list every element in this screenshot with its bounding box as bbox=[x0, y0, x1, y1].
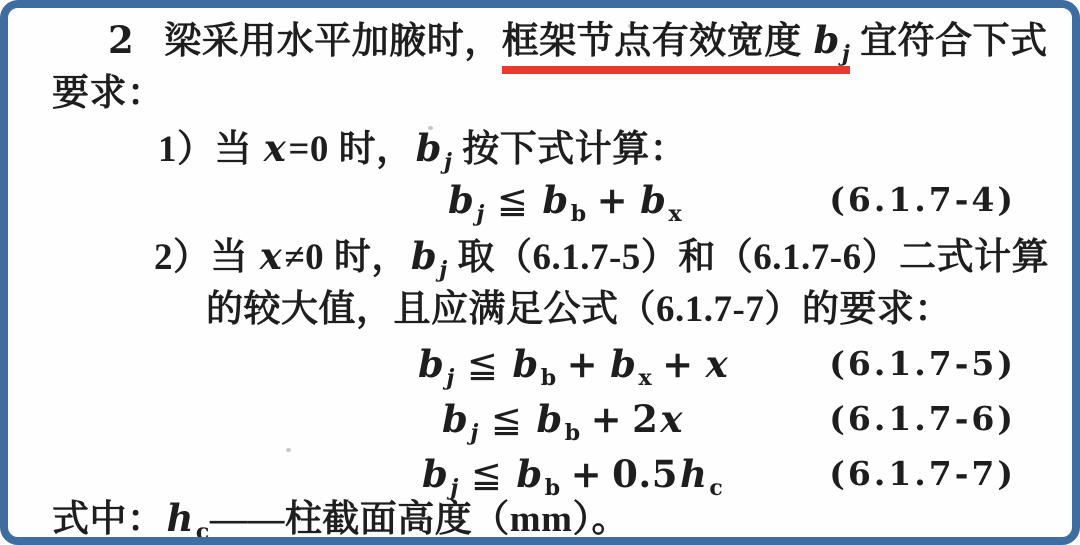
intro-wrap-text: 要求： bbox=[52, 73, 165, 114]
less-equal-relation: ≦ bbox=[485, 179, 541, 222]
formula-var: x bbox=[704, 342, 731, 386]
formula-6-1-7-7: bj≦bb+0.5hc (6.1.7-7) bbox=[8, 452, 1072, 498]
formula-expression: bj≦bb+2x bbox=[440, 397, 685, 443]
symbol-definition-line: 式中：hc——柱截面高度（mm）。 bbox=[52, 496, 629, 542]
formula-var: b bbox=[534, 397, 564, 441]
var-bj: b bbox=[812, 18, 842, 62]
item-1-pre: 1）当 bbox=[158, 129, 262, 170]
definition-tail: ——柱截面高度（mm）。 bbox=[210, 499, 629, 540]
item-2-wrap-text: 的较大值，且应满足公式（6.1.7-7）的要求： bbox=[206, 289, 952, 330]
formula-6-1-7-4: bj≦bb+bx (6.1.7-4) bbox=[8, 178, 1072, 224]
formula-var: b bbox=[608, 342, 638, 386]
formula-lhs-var: b bbox=[416, 342, 446, 386]
formula-lhs-subscript: j bbox=[476, 201, 484, 227]
formula-var: b bbox=[510, 342, 540, 386]
equation-number: (6.1.7-5) bbox=[829, 342, 1016, 386]
formula-lhs-subscript: j bbox=[470, 420, 478, 446]
formula-subscript: b bbox=[571, 201, 587, 227]
coefficient: 2 bbox=[632, 397, 658, 441]
formula-var: x bbox=[658, 397, 685, 441]
less-equal-relation: ≦ bbox=[479, 398, 535, 441]
intro-text-tail: 宜符合下式 bbox=[850, 21, 1047, 62]
formula-subscript: c bbox=[709, 475, 723, 501]
plus-operator: + bbox=[652, 342, 704, 386]
intro-wrap-line: 要求： bbox=[52, 72, 165, 116]
var-hc: h bbox=[165, 496, 196, 540]
definition-pre: 式中： bbox=[52, 499, 165, 540]
formula-var: b bbox=[540, 178, 570, 222]
item-2-pre: 2）当 bbox=[154, 237, 258, 278]
coefficient: 0.5 bbox=[612, 452, 678, 496]
var-bj: b bbox=[414, 126, 444, 170]
item-1-tail: 按下式计算： bbox=[453, 129, 688, 170]
var-x: x bbox=[258, 234, 285, 278]
item-2-wrap-line: 的较大值，且应满足公式（6.1.7-7）的要求： bbox=[206, 288, 952, 332]
var-bj-subscript: j bbox=[444, 149, 452, 175]
formula-lhs-var: b bbox=[446, 178, 476, 222]
item-2-line: 2）当 x≠0 时，bj 取（6.1.7-5）和（6.1.7-6）二式计算 bbox=[154, 234, 1049, 280]
formula-subscript: b bbox=[565, 420, 581, 446]
document-page: 2梁采用水平加腋时，框架节点有效宽度 bj 宜符合下式 要求： 1）当 x=0 … bbox=[0, 0, 1080, 545]
equation-number: (6.1.7-4) bbox=[829, 178, 1016, 222]
intro-text: 梁采用水平加腋时， bbox=[164, 21, 502, 62]
underlined-term: 框架节点有效宽度 bj bbox=[502, 20, 851, 74]
formula-subscript: x bbox=[669, 201, 683, 227]
formula-lhs-subscript: j bbox=[446, 365, 454, 391]
item-2-mid: ≠0 时， bbox=[284, 237, 409, 278]
formula-lhs-var: b bbox=[420, 452, 450, 496]
formula-subscript: b bbox=[541, 365, 557, 391]
formula-expression: bj≦bb+bx+x bbox=[416, 342, 730, 388]
formula-6-1-7-5: bj≦bb+bx+x (6.1.7-5) bbox=[8, 342, 1072, 388]
var-bj-subscript: j bbox=[439, 257, 447, 283]
item-1-line: 1）当 x=0 时，bj 按下式计算： bbox=[158, 126, 687, 172]
less-equal-relation: ≦ bbox=[459, 453, 515, 496]
formula-var: h bbox=[678, 452, 709, 496]
formula-var: b bbox=[638, 178, 668, 222]
plus-operator: + bbox=[587, 178, 639, 222]
var-hc-subscript: c bbox=[196, 519, 210, 545]
plus-operator: + bbox=[557, 342, 609, 386]
clause-intro-line: 2梁采用水平加腋时，框架节点有效宽度 bj 宜符合下式 bbox=[108, 18, 1048, 74]
equation-number: (6.1.7-7) bbox=[829, 452, 1016, 496]
var-x: x bbox=[262, 126, 289, 170]
item-1-mid: =0 时， bbox=[288, 129, 413, 170]
var-bj: b bbox=[409, 234, 439, 278]
plus-operator: + bbox=[561, 452, 613, 496]
formula-var: b bbox=[514, 452, 544, 496]
formula-lhs-var: b bbox=[440, 397, 470, 441]
underlined-text: 框架节点有效宽度 bbox=[502, 21, 812, 62]
formula-subscript: x bbox=[639, 365, 653, 391]
formula-expression: bj≦bb+0.5hc bbox=[420, 452, 723, 498]
plus-operator: + bbox=[581, 397, 633, 441]
formula-6-1-7-6: bj≦bb+2x (6.1.7-6) bbox=[8, 397, 1072, 443]
item-2-tail: 取（6.1.7-5）和（6.1.7-6）二式计算 bbox=[448, 237, 1049, 278]
clause-number: 2 bbox=[108, 18, 134, 62]
equation-number: (6.1.7-6) bbox=[829, 397, 1016, 441]
formula-expression: bj≦bb+bx bbox=[446, 178, 682, 224]
less-equal-relation: ≦ bbox=[455, 343, 511, 386]
